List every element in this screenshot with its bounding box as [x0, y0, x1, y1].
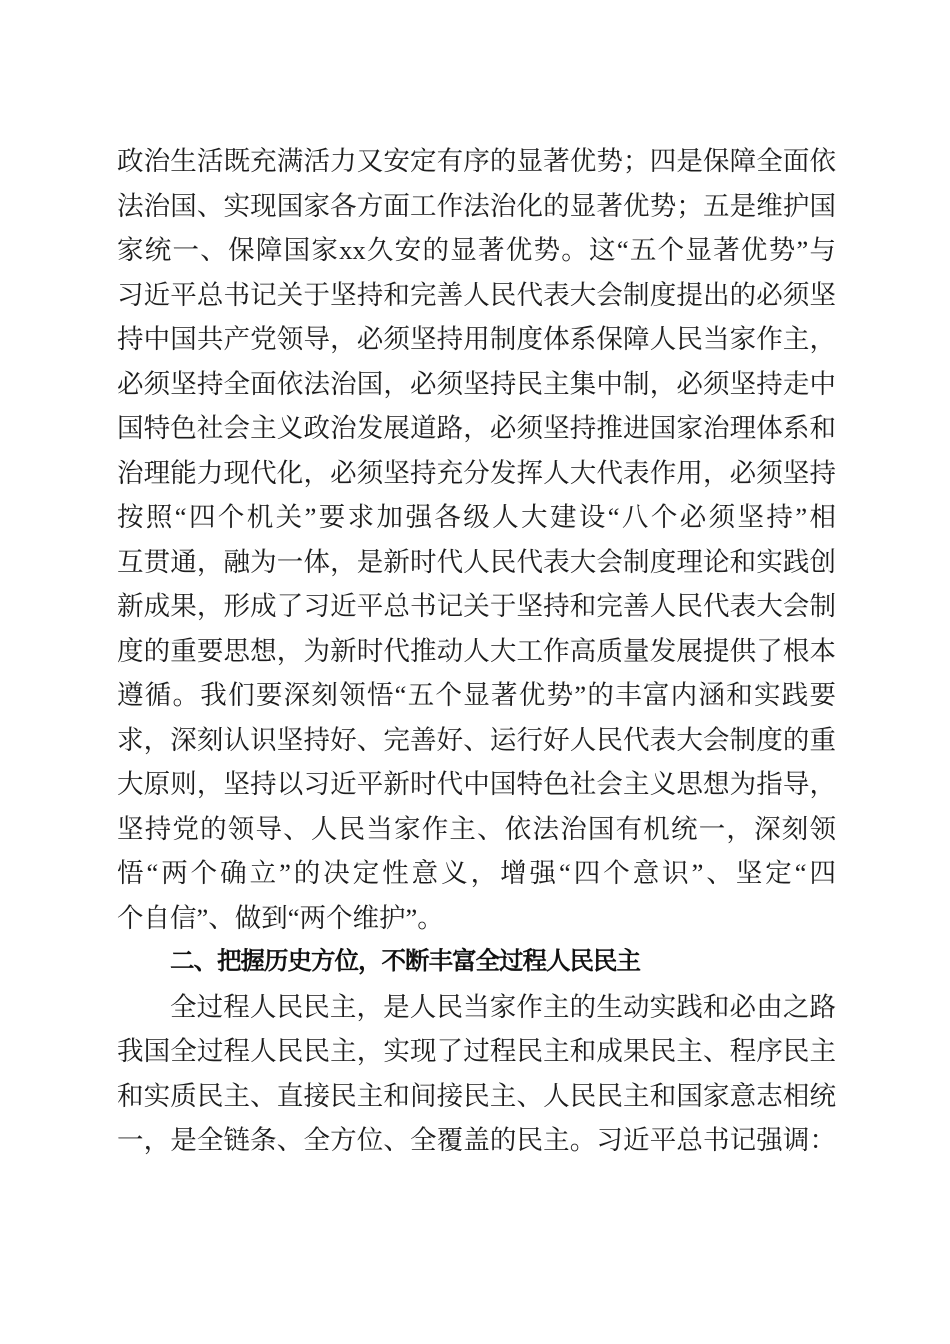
para2-line-3: 和实质民主、直接民主和间接民主、人民民主和国家意志相统 — [117, 1074, 836, 1119]
para1-line-11: 新成果，形成了习近平总书记关于坚持和完善人民代表大会制 — [117, 584, 836, 629]
section-heading: 二、把握历史方位，不断丰富全过程人民民主 — [117, 940, 836, 985]
para1-line-18: 个自信”、做到“两个维护”。 — [117, 896, 836, 941]
para1-line-1: 政治生活既充满活力又安定有序的显著优势；四是保障全面依 — [117, 139, 836, 184]
para1-line-13: 遵循。我们要深刻领悟“五个显著优势”的丰富内涵和实践要 — [117, 673, 836, 718]
para2-line-2: 我国全过程人民民主，实现了过程民主和成果民主、程序民主 — [117, 1029, 836, 1074]
para1-line-12: 度的重要思想，为新时代推动人大工作高质量发展提供了根本 — [117, 629, 836, 674]
para1-line-9: 按照“四个机关”要求加强各级人大建设“八个必须坚持”相 — [117, 495, 836, 540]
para1-line-6: 必须坚持全面依法治国，必须坚持民主集中制，必须坚持走中 — [117, 362, 836, 407]
para1-line-17: 悟“两个确立”的决定性意义，增强“四个意识”、坚定“四 — [117, 851, 836, 896]
para1-line-14: 求，深刻认识坚持好、完善好、运行好人民代表大会制度的重 — [117, 718, 836, 763]
para1-line-2: 法治国、实现国家各方面工作法治化的显著优势；五是维护国 — [117, 184, 836, 229]
para1-line-3: 家统一、保障国家xx久安的显著优势。这“五个显著优势”与 — [117, 228, 836, 273]
para1-line-4: 习近平总书记关于坚持和完善人民代表大会制度提出的必须坚 — [117, 273, 836, 318]
para1-line-5: 持中国共产党领导，必须坚持用制度体系保障人民当家作主， — [117, 317, 836, 362]
para1-line-15: 大原则，坚持以习近平新时代中国特色社会主义思想为指导， — [117, 762, 836, 807]
para2-line-4: 一，是全链条、全方位、全覆盖的民主。习近平总书记强调： — [117, 1118, 836, 1163]
para1-line-8: 治理能力现代化，必须坚持充分发挥人大代表作用，必须坚持 — [117, 451, 836, 496]
document-page: 政治生活既充满活力又安定有序的显著优势；四是保障全面依 法治国、实现国家各方面工… — [0, 0, 950, 1344]
document-text-block: 政治生活既充满活力又安定有序的显著优势；四是保障全面依 法治国、实现国家各方面工… — [117, 139, 836, 1163]
para1-line-7: 国特色社会主义政治发展道路，必须坚持推进国家治理体系和 — [117, 406, 836, 451]
para1-line-10: 互贯通，融为一体，是新时代人民代表大会制度理论和实践创 — [117, 540, 836, 585]
para2-line-1: 全过程人民民主，是人民当家作主的生动实践和必由之路 — [117, 985, 836, 1030]
para1-line-16: 坚持党的领导、人民当家作主、依法治国有机统一，深刻领 — [117, 807, 836, 852]
